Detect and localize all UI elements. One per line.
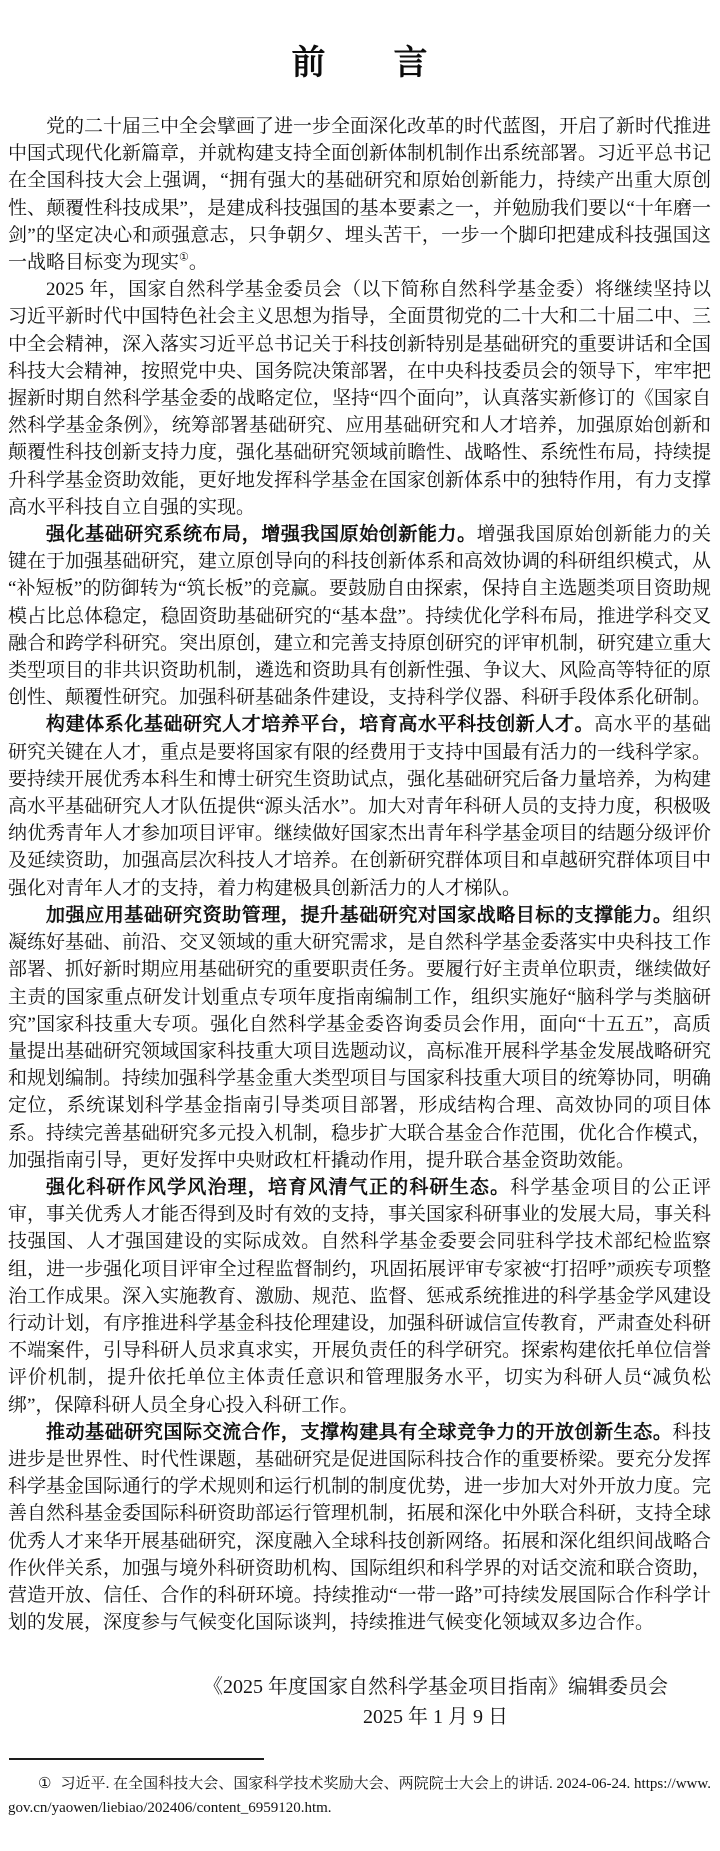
paragraph-international-cooperation: 推动基础研究国际交流合作，支撑构建具有全球竞争力的开放创新生态。科技进步是世界性… [8,1419,711,1637]
paragraph-applied-research: 加强应用基础研究资助管理，提升基础研究对国家战略目标的支撑能力。组织凝练好基础、… [8,902,711,1174]
paragraph-lead: 加强应用基础研究资助管理，提升基础研究对国家战略目标的支撑能力。 [46,905,672,926]
page-title: 前 言 [8,46,711,80]
footnote-citation: 习近平. 在全国科技大会、国家科学技术奖励大会、两院院士大会上的讲话. 2024… [60,1776,630,1792]
footnote-marker: ① [38,1776,51,1792]
footnote-divider [9,1758,264,1760]
signature-block: 《2025 年度国家自然科学基金项目指南》编辑委员会 2025 年 1 月 9 … [84,1672,720,1732]
paragraph-lead: 构建体系化基础研究人才培养平台，培育高水平科技创新人才。 [46,714,594,735]
paragraph-intro: 党的二十届三中全会擘画了进一步全面深化改革的时代蓝图，开启了新时代推进中国式现代… [8,113,711,276]
document-page: 前 言 党的二十届三中全会擘画了进一步全面深化改革的时代蓝图，开启了新时代推进中… [0,0,720,1851]
footnote-section: ①习近平. 在全国科技大会、国家科学技术奖励大会、两院院士大会上的讲话. 202… [8,1758,711,1820]
paragraph-overview: 2025 年，国家自然科学基金委员会（以下简称自然科学基金委）将继续坚持以习近平… [8,276,711,521]
footnote-ref-marker: ① [179,252,189,264]
paragraph-text: 科技进步是世界性、时代性课题，基础研究是促进国际科技合作的重要桥梁。要充分发挥科… [8,1422,711,1633]
document-body: 党的二十届三中全会擘画了进一步全面深化改革的时代蓝图，开启了新时代推进中国式现代… [8,113,711,1636]
paragraph-text: 组织凝练好基础、前沿、交叉领域的重大研究需求，是自然科学基金委落实中央科技工作部… [8,905,711,1171]
paragraph-lead: 强化基础研究系统布局，增强我国原始创新能力。 [46,524,477,545]
paragraph-text: 高水平的基础研究关键在人才，重点是要将国家有限的经费用于支持中国最有活力的一线科… [8,714,711,898]
paragraph-text: 党的二十届三中全会擘画了进一步全面深化改革的时代蓝图，开启了新时代推进中国式现代… [8,116,711,273]
paragraph-text: 2025 年，国家自然科学基金委员会（以下简称自然科学基金委）将继续坚持以习近平… [8,279,711,518]
footnote-entry: ①习近平. 在全国科技大会、国家科学技术奖励大会、两院院士大会上的讲话. 202… [8,1772,711,1820]
signature-committee: 《2025 年度国家自然科学基金项目指南》编辑委员会 [84,1672,720,1702]
paragraph-text: 科学基金项目的公正评审，事关优秀人才能否得到及时有效的支持，事关国家科研事业的发… [8,1177,711,1416]
paragraph-text: 增强我国原始创新能力的关键在于加强基础研究，建立原创导向的科技创新体系和高效协调… [8,524,711,708]
signature-date: 2025 年 1 月 9 日 [84,1702,720,1732]
paragraph-talent-platform: 构建体系化基础研究人才培养平台，培育高水平科技创新人才。高水平的基础研究关键在人… [8,711,711,901]
paragraph-lead: 推动基础研究国际交流合作，支撑构建具有全球竞争力的开放创新生态。 [46,1422,672,1443]
paragraph-research-integrity: 强化科研作风学风治理，培育风清气正的科研生态。科学基金项目的公正评审，事关优秀人… [8,1174,711,1419]
paragraph-text-after: 。 [189,252,208,273]
paragraph-original-innovation: 强化基础研究系统布局，增强我国原始创新能力。增强我国原始创新能力的关键在于加强基… [8,521,711,711]
paragraph-lead: 强化科研作风学风治理，培育风清气正的科研生态。 [46,1177,510,1198]
